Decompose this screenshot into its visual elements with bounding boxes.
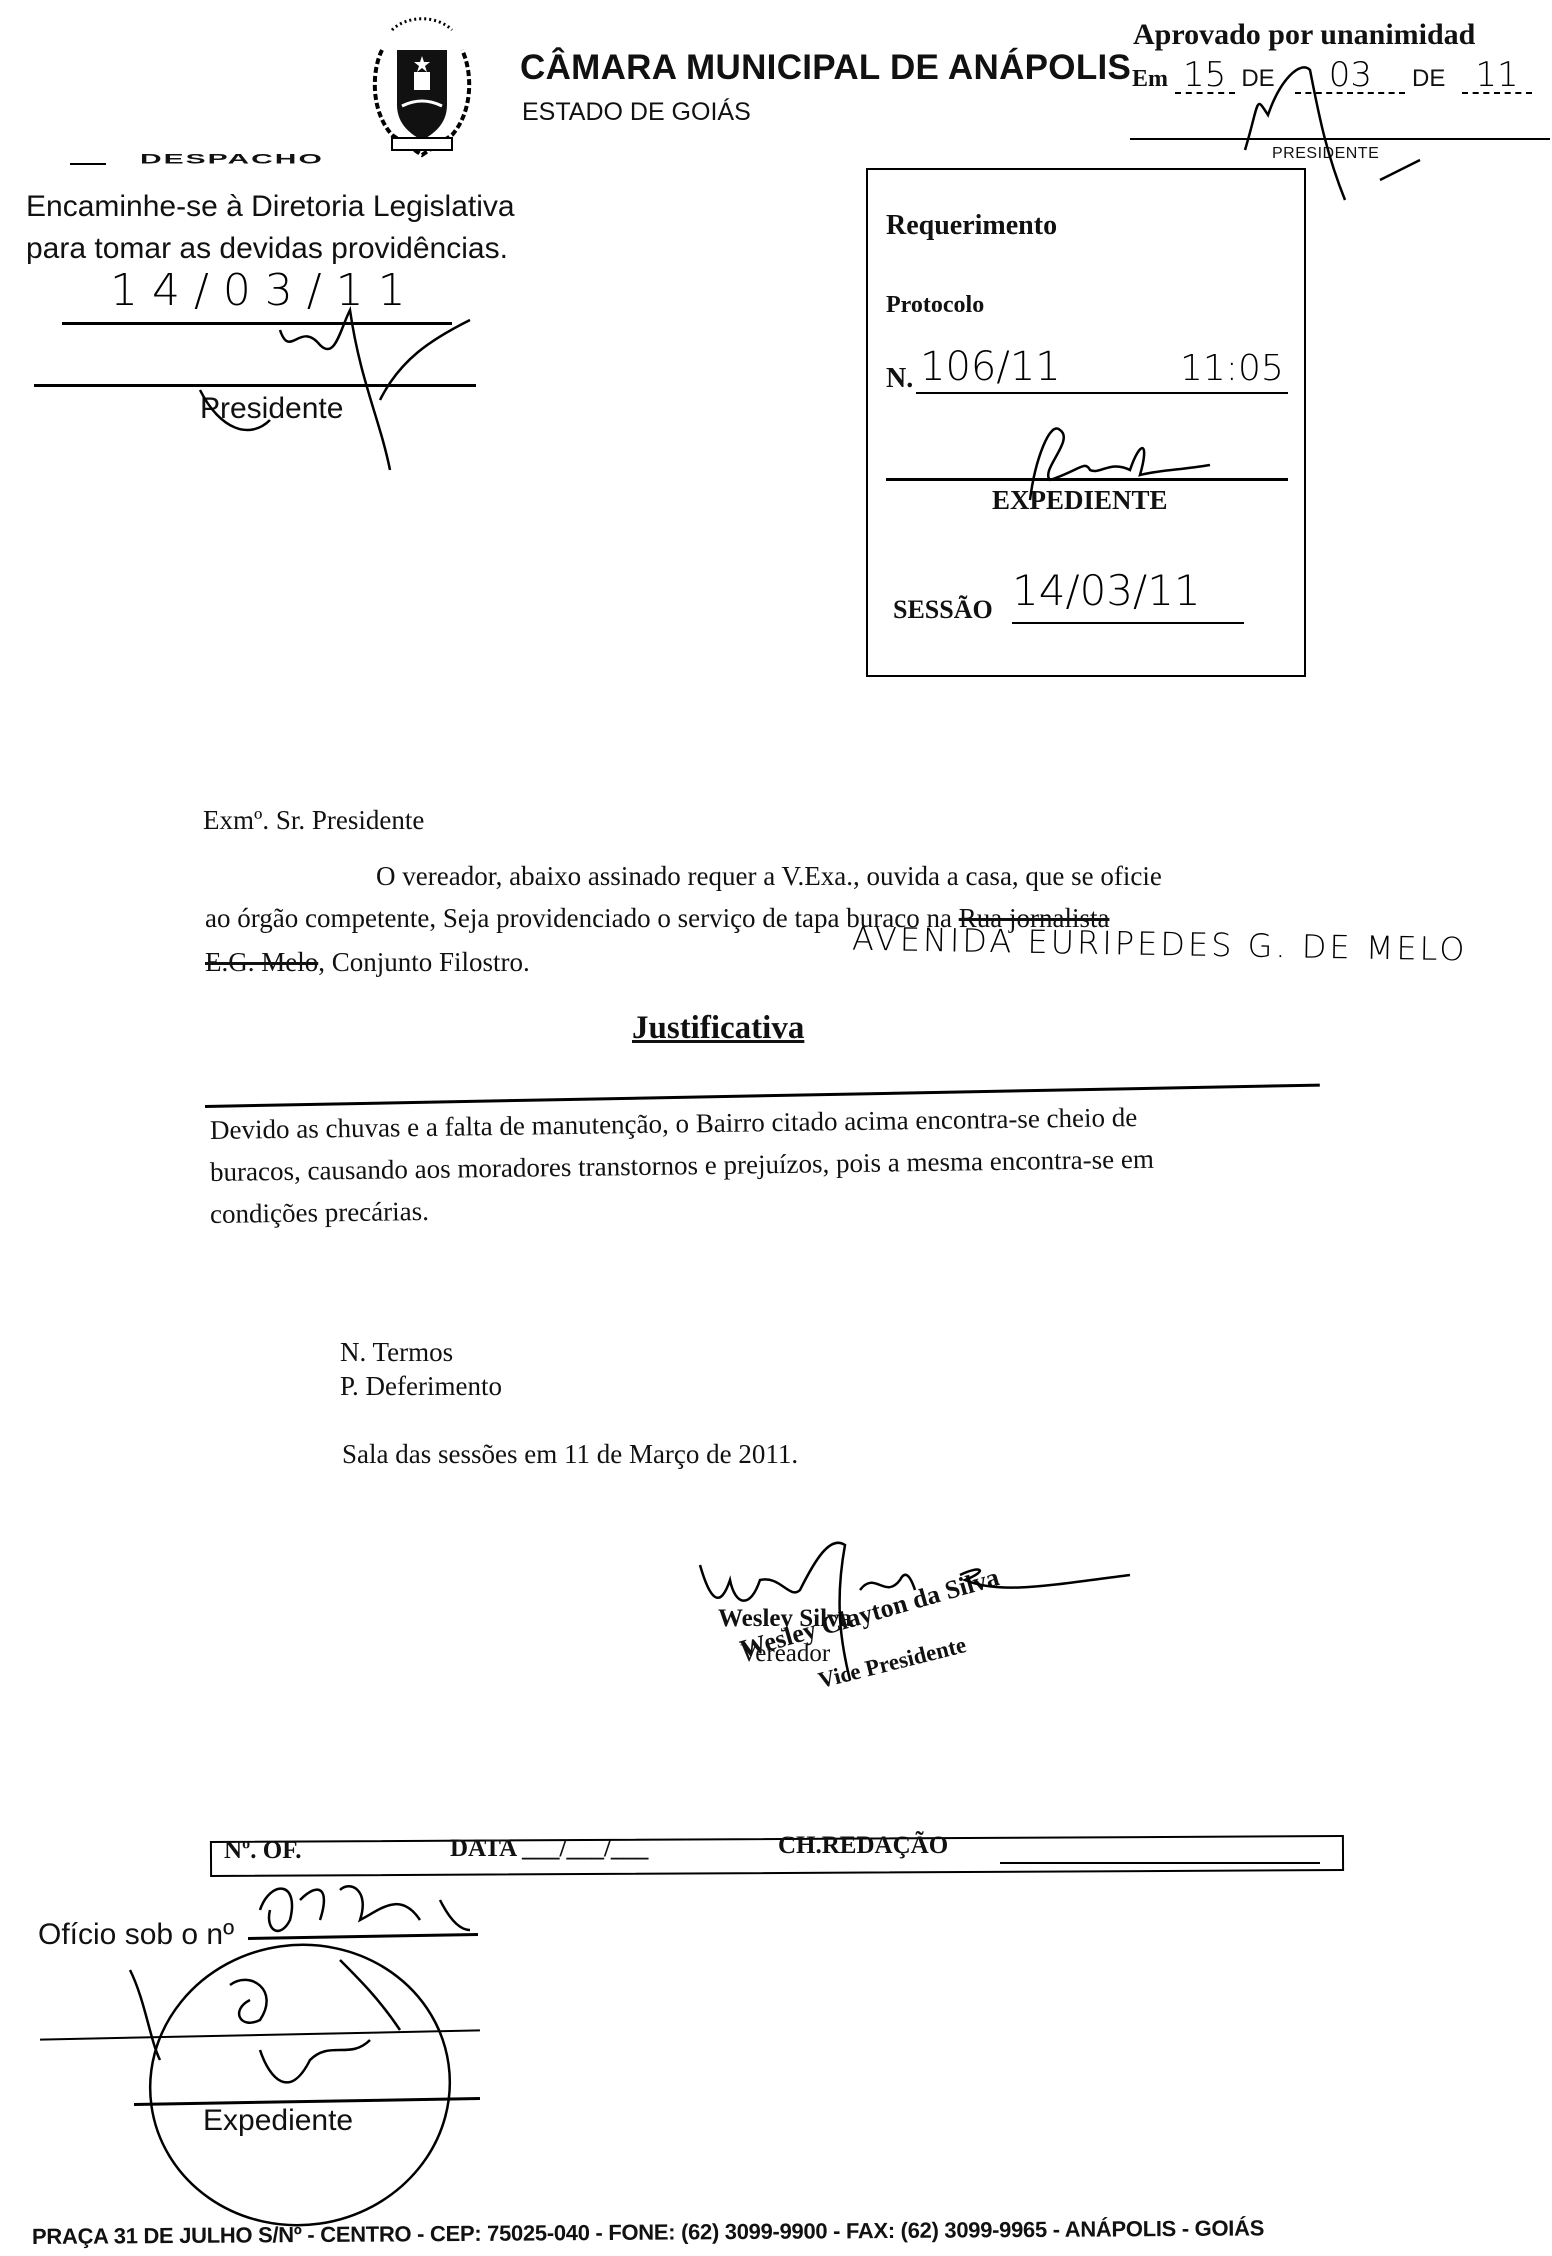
state-name: ESTADO DE GOIÁS xyxy=(522,98,751,127)
requerimento-title: Requerimento xyxy=(886,210,1057,242)
justificativa-line-3: condições precárias. xyxy=(210,1189,429,1236)
oficio-date-label: DATA ___/___/___ xyxy=(450,1835,648,1863)
oficio-date-blanks: ___/___/___ xyxy=(522,1835,648,1862)
approval-de-label: DE xyxy=(1241,65,1274,92)
oficio-expediente-label: Expediente xyxy=(203,2104,353,2138)
despacho-mark xyxy=(70,163,106,165)
closing-line-2: P. Deferimento xyxy=(340,1366,502,1406)
struck-street-name-2: E.G. Melo xyxy=(205,947,318,977)
approval-de-label-2: DE xyxy=(1412,65,1445,92)
oficio-stamp-circle xyxy=(132,1925,468,2244)
institution-name: CÂMARA MUNICIPAL DE ANÁPOLIS xyxy=(520,48,1131,88)
salutation: Exmº. Sr. Presidente xyxy=(203,800,424,840)
oficio-stamp-label: Ofício sob o nº xyxy=(38,1918,234,1952)
approval-year: 11 xyxy=(1462,58,1532,94)
protocol-number-line xyxy=(916,392,1288,394)
redacao-label: CH.REDAÇÃO xyxy=(778,1832,948,1860)
redacao-line xyxy=(1000,1862,1320,1864)
protocol-time: 11:05 xyxy=(1180,348,1284,389)
request-line-1: O vereador, abaixo assinado requer a V.E… xyxy=(376,856,1162,896)
approval-day: 15 xyxy=(1175,58,1235,94)
despacho-signer-label: Presidente xyxy=(200,392,343,426)
despacho-heading: DESPACHO xyxy=(140,152,324,167)
despacho-signature-line xyxy=(34,384,476,387)
protocol-label: Protocolo xyxy=(886,292,984,319)
protocol-number: 106/11 xyxy=(920,344,1061,390)
session-date-line xyxy=(1012,622,1244,624)
despacho-line-2: para tomar as devidas providências. xyxy=(26,232,508,266)
justificativa-title: Justificativa xyxy=(632,1010,804,1047)
session-label: SESSÃO xyxy=(893,595,993,625)
oficio-handwritten-number xyxy=(130,1886,470,2082)
approval-signature-line xyxy=(1130,138,1550,140)
address-footer: PRAÇA 31 DE JULHO S/Nº - CENTRO - CEP: 7… xyxy=(32,2215,1264,2250)
approval-stamp-text: Aprovado por unanimidad xyxy=(1133,18,1475,52)
request-line-3: E.G. Melo, Conjunto Filostro. xyxy=(205,942,530,982)
coat-of-arms-icon xyxy=(352,10,492,160)
despacho-line-1: Encaminhe-se à Diretoria Legislativa xyxy=(26,190,515,224)
despacho-date: 14/03/11 xyxy=(110,265,420,316)
handwritten-address-correction: AVENIDA EURIPEDES G. DE MELO xyxy=(852,920,1468,969)
oficio-date-label-text: DATA xyxy=(450,1835,516,1862)
approval-em-label: Em xyxy=(1132,66,1168,92)
despacho-date-line xyxy=(62,322,452,325)
despacho-signature xyxy=(200,310,470,470)
oficio-number-line xyxy=(248,1933,478,1940)
expediente-label: EXPEDIENTE xyxy=(992,485,1168,516)
session-date: 14/03/11 xyxy=(1012,566,1201,615)
expediente-signature-line xyxy=(886,478,1288,481)
stamp-signer-role: Vice Presidente xyxy=(816,1632,969,1694)
oficio-info-bar xyxy=(210,1835,1344,1877)
request-line-3-text: , Conjunto Filostro. xyxy=(318,947,530,977)
approval-date-line: Em 15 DE 03 DE 11 xyxy=(1132,58,1532,94)
request-line-2-text: ao órgão competente, Seja providenciado … xyxy=(205,903,959,933)
approval-signer-label: PRESIDENTE xyxy=(1272,145,1379,163)
oficio-date-line xyxy=(40,2029,480,2040)
protocol-number-label: N. xyxy=(886,363,913,395)
approval-month: 03 xyxy=(1295,58,1405,94)
place-and-date: Sala das sessões em 11 de Março de 2011. xyxy=(342,1434,798,1474)
oficio-number-label: Nº. OF. xyxy=(224,1837,301,1865)
